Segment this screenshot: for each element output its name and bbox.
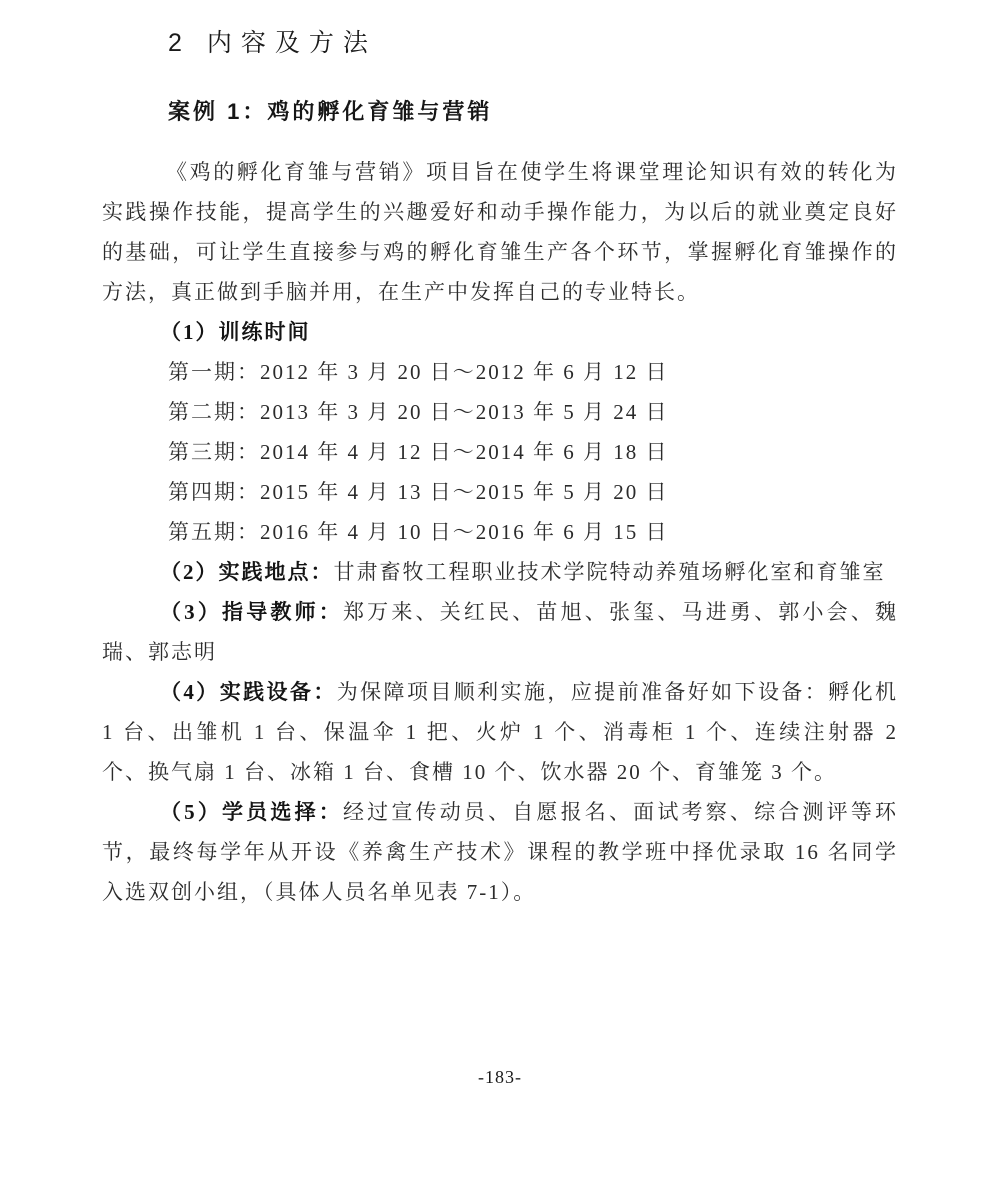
page-number: -183- <box>0 1064 1000 1090</box>
section-label: （3）指导教师： <box>160 600 343 624</box>
document-page: 2 内容及方法 案例 1：鸡的孵化育雏与营销 《鸡的孵化育雏与营销》项目旨在使学… <box>0 0 1000 1179</box>
document-body: 《鸡的孵化育雏与营销》项目旨在使学生将课堂理论知识有效的转化为实践操作技能，提高… <box>102 152 898 912</box>
training-period-line: 第三期：2014 年 4 月 12 日～2014 年 6 月 18 日 <box>102 432 898 472</box>
section-text: 甘肃畜牧工程职业技术学院特动养殖场孵化室和育雏室 <box>334 560 886 584</box>
section-label: （2）实践地点： <box>160 560 334 584</box>
section-student-selection: （5）学员选择：经过宣传动员、自愿报名、面试考察、综合测评等环节，最终每学年从开… <box>102 792 898 912</box>
section-practice-location: （2）实践地点：甘肃畜牧工程职业技术学院特动养殖场孵化室和育雏室 <box>102 552 898 592</box>
section-training-time: （1）训练时间 <box>102 312 898 352</box>
intro-paragraph: 《鸡的孵化育雏与营销》项目旨在使学生将课堂理论知识有效的转化为实践操作技能，提高… <box>102 152 898 312</box>
training-period-line: 第二期：2013 年 3 月 20 日～2013 年 5 月 24 日 <box>102 392 898 432</box>
training-period-line: 第四期：2015 年 4 月 13 日～2015 年 5 月 20 日 <box>102 472 898 512</box>
case-heading: 案例 1：鸡的孵化育雏与营销 <box>168 96 898 128</box>
training-period-line: 第五期：2016 年 4 月 10 日～2016 年 6 月 15 日 <box>102 512 898 552</box>
section-label: （4）实践设备： <box>160 680 337 704</box>
section-equipment: （4）实践设备：为保障项目顺利实施，应提前准备好如下设备：孵化机 1 台、出雏机… <box>102 672 898 792</box>
section-instructors: （3）指导教师：郑万来、关红民、苗旭、张玺、马进勇、郭小会、魏瑞、郭志明 <box>102 592 898 672</box>
section-label: （1）训练时间 <box>160 320 311 344</box>
section-label: （5）学员选择： <box>160 800 343 824</box>
training-period-line: 第一期：2012 年 3 月 20 日～2012 年 6 月 12 日 <box>102 352 898 392</box>
chapter-heading: 2 内容及方法 <box>168 26 898 60</box>
